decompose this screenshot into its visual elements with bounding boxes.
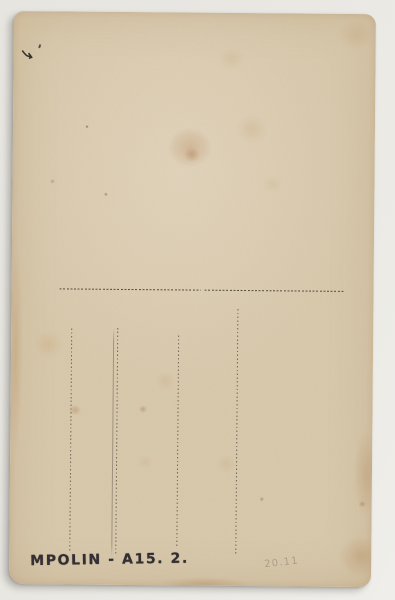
- paper-texture: [9, 11, 376, 587]
- postcard-back: MPOLIN - A15. 2. 20.11: [9, 11, 376, 587]
- scan-background: MPOLIN - A15. 2. 20.11: [0, 0, 395, 600]
